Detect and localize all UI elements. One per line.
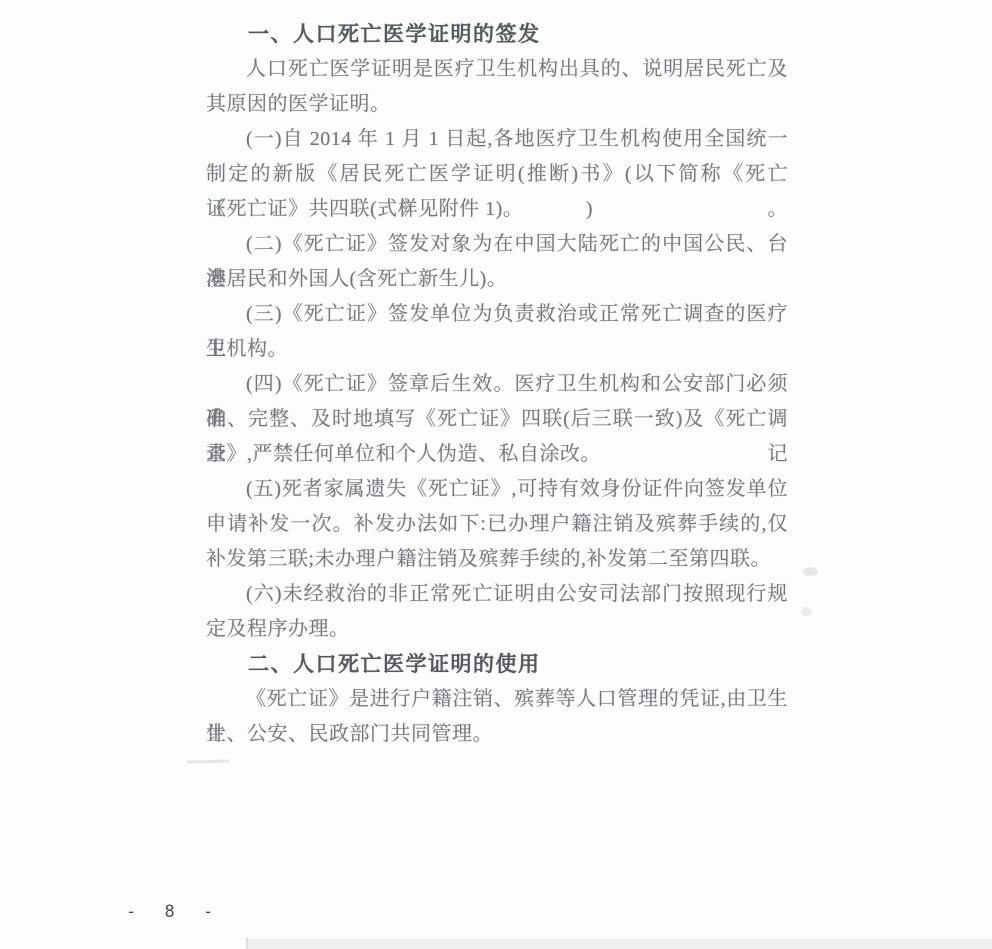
page-number: - 8 - <box>126 902 222 922</box>
scan-speck-artifact <box>801 607 812 616</box>
paragraph-line: 《死亡证》是进行户籍注销、殡葬等人口管理的凭证,由卫生计 <box>206 682 788 717</box>
paragraph-line: 申请补发一次。补发办法如下:已办理户籍注销及殡葬手续的,仅 <box>206 507 788 542</box>
paragraph-line: 其原因的医学证明。 <box>206 87 788 122</box>
paragraph-line: (五)死者家属遗失《死亡证》,可持有效身份证件向签发单位 <box>206 472 788 507</box>
scanned-document-page: 一、人口死亡医学证明的签发 人口死亡医学证明是医疗卫生机构出具的、说明居民死亡及… <box>0 0 992 949</box>
section-2-heading: 二、人口死亡医学证明的使用 <box>206 647 788 682</box>
paragraph-line: 确、完整、及时地填写《死亡证》四联(后三联一致)及《死亡调查记 <box>206 402 788 437</box>
paragraph-line: (六)未经救治的非正常死亡证明由公安司法部门按照现行规 <box>206 577 788 612</box>
paragraph-line: (一)自 2014 年 1 月 1 日起,各地医疗卫生机构使用全国统一 <box>206 122 788 157</box>
scan-bottom-band-artifact <box>247 939 992 949</box>
paragraph-line: 补发第三联;未办理户籍注销及殡葬手续的,补发第二至第四联。 <box>206 542 788 577</box>
scan-bottom-band-edge-artifact <box>246 937 248 949</box>
paragraph-line: 澳居民和外国人(含死亡新生儿)。 <box>206 262 788 297</box>
paragraph-line: (四)《死亡证》签章后生效。医疗卫生机构和公安部门必须准 <box>206 367 788 402</box>
paragraph-line: 制定的新版《居民死亡医学证明(推断)书》(以下简称《死亡证》)。 <box>206 157 788 192</box>
section-1-heading: 一、人口死亡医学证明的签发 <box>206 17 788 52</box>
paragraph-line: 生机构。 <box>206 332 788 367</box>
scan-speck-artifact <box>803 567 818 576</box>
paragraph-line: (二)《死亡证》签发对象为在中国大陆死亡的中国公民、台港 <box>206 227 788 262</box>
scan-smudge-artifact <box>186 759 230 763</box>
paragraph-line: (三)《死亡证》签发单位为负责救治或正常死亡调查的医疗卫 <box>206 297 788 332</box>
paragraph-line: 生、公安、民政部门共同管理。 <box>206 717 788 752</box>
paragraph-line: 定及程序办理。 <box>206 612 788 647</box>
document-text-block: 一、人口死亡医学证明的签发 人口死亡医学证明是医疗卫生机构出具的、说明居民死亡及… <box>206 17 788 752</box>
paragraph-line: 人口死亡医学证明是医疗卫生机构出具的、说明居民死亡及 <box>206 52 788 87</box>
